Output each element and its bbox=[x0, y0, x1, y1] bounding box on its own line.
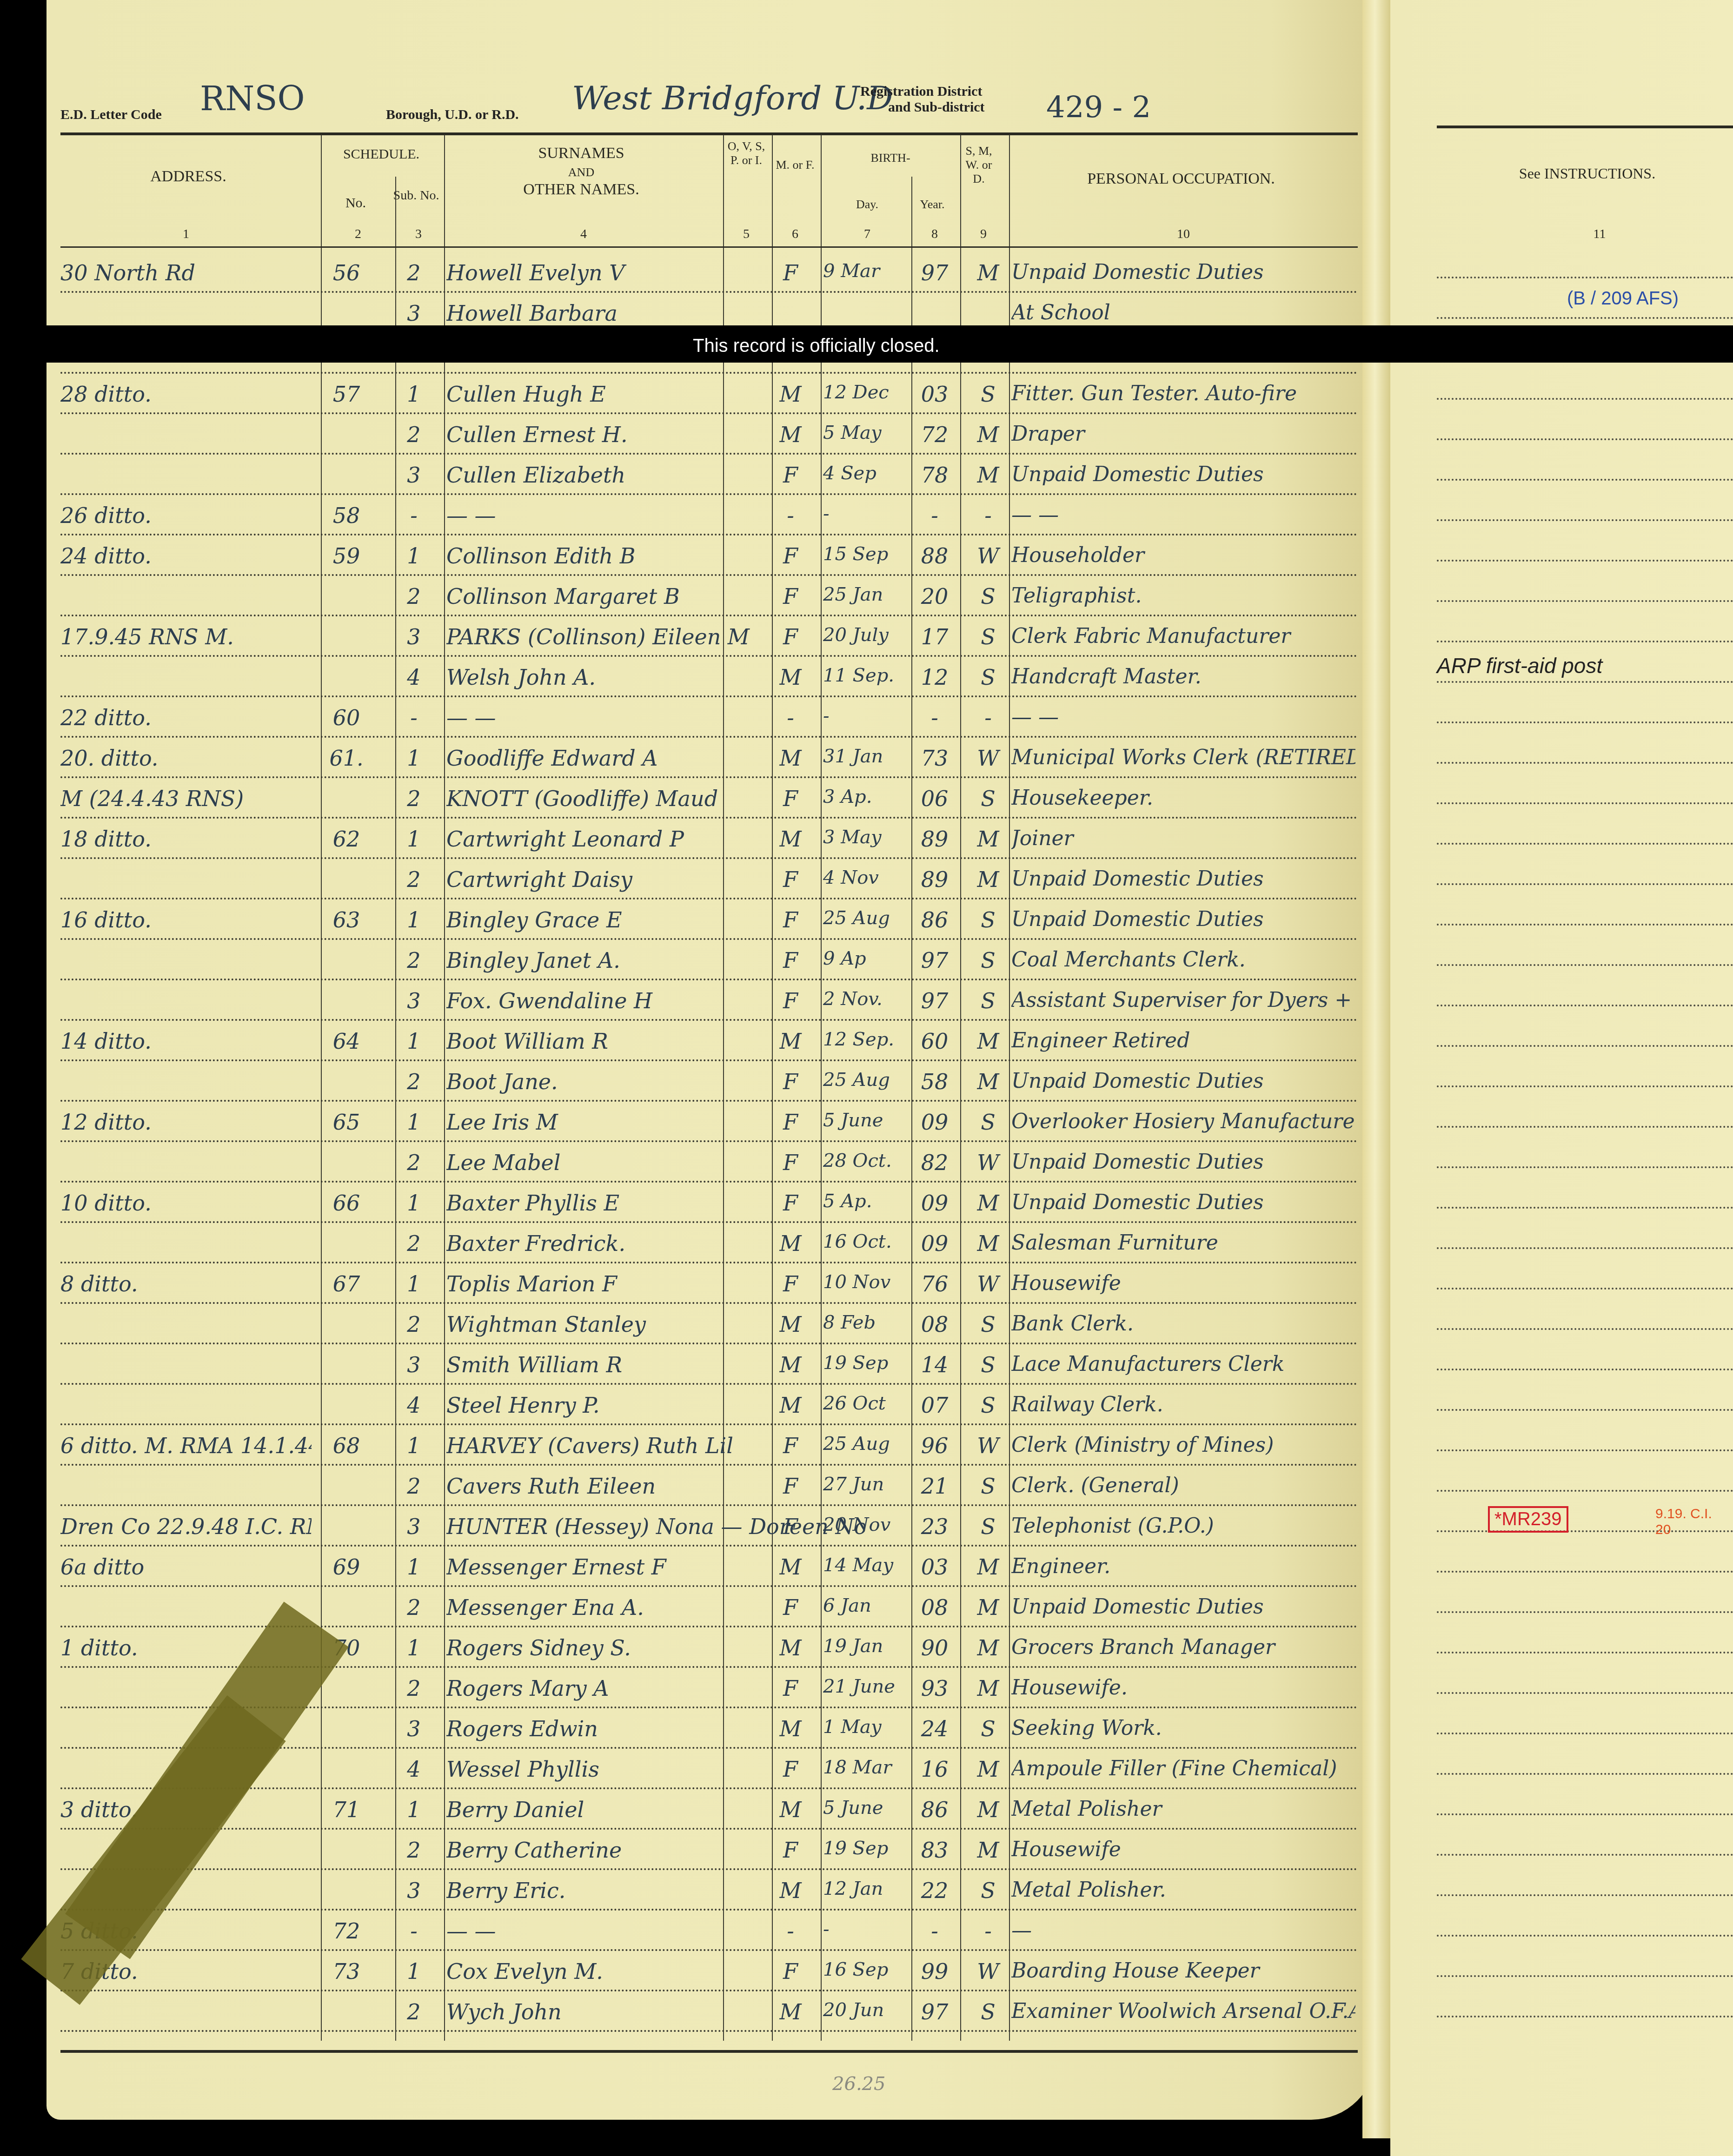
right-page-rule bbox=[1437, 1611, 1733, 1613]
cell-sub: 3 bbox=[398, 1878, 430, 1903]
cell-sub: - bbox=[398, 1918, 430, 1944]
row-rule bbox=[60, 1343, 1358, 1344]
cell-year: 16 bbox=[911, 1757, 958, 1782]
footer-note: 26.25 bbox=[832, 2073, 886, 2095]
ed-letter-code-value: RNSO bbox=[200, 79, 305, 118]
cell-day: 5 June bbox=[823, 1110, 907, 1131]
cell-day: - bbox=[823, 705, 907, 727]
cell-day: 25 Aug bbox=[823, 1433, 907, 1455]
right-page-rule bbox=[1437, 1328, 1733, 1330]
cell-day: - bbox=[823, 1918, 907, 1940]
table-row: 3Smith William RM19 Sep14SLace Manufactu… bbox=[60, 1348, 1358, 1386]
cell-mf: F bbox=[777, 260, 804, 285]
cell-mf: F bbox=[777, 1676, 804, 1701]
cell-occupation: Lace Manufacturers Clerk bbox=[1011, 1352, 1355, 1376]
cell-sub: 3 bbox=[398, 1716, 430, 1741]
row-rule bbox=[60, 574, 1358, 576]
cell-day: 25 Jan bbox=[823, 584, 907, 605]
table-row: 16 ditto.631Bingley Grace EF25 Aug86SUnp… bbox=[60, 903, 1358, 941]
table-row: 2Cullen Ernest H.M5 May72MDraper bbox=[60, 417, 1358, 456]
right-page-rule bbox=[1437, 641, 1733, 642]
cell-occupation: Householder bbox=[1011, 543, 1355, 567]
right-page-rule bbox=[1437, 277, 1733, 278]
cell-occupation: Unpaid Domestic Duties bbox=[1011, 260, 1355, 284]
col-names-1: SURNAMES bbox=[538, 145, 624, 162]
mr-stamp: *MR239 bbox=[1488, 1506, 1568, 1533]
right-page-rule bbox=[1437, 438, 1733, 440]
cell-occupation: Coal Merchants Clerk. bbox=[1011, 948, 1355, 972]
col-ovsp: O, V, S, P. or I. bbox=[723, 139, 770, 167]
cell-occupation: Unpaid Domestic Duties bbox=[1011, 907, 1355, 931]
cell-address: 28 ditto. bbox=[60, 382, 312, 407]
cell-mf: F bbox=[777, 1069, 804, 1094]
table-row: M (24.4.43 RNS)2KNOTT (Goodliffe) MaudF3… bbox=[60, 781, 1358, 820]
cell-sub: 2 bbox=[398, 1676, 430, 1701]
cell-mf: F bbox=[777, 907, 804, 933]
cell-smwd: W bbox=[963, 1433, 1014, 1458]
cell-schedule: 58 bbox=[321, 503, 372, 528]
cell-day: 20 Nov bbox=[823, 1514, 907, 1535]
afs-annotation: (B / 209 AFS) bbox=[1567, 288, 1679, 309]
right-page-rule bbox=[1437, 479, 1733, 481]
row-rule bbox=[60, 1140, 1358, 1142]
table-row: 3Cullen ElizabethF4 Sep78MUnpaid Domesti… bbox=[60, 458, 1358, 496]
reg-district-value: 429 - 2 bbox=[1046, 91, 1151, 125]
right-page-rule bbox=[1437, 317, 1733, 319]
cell-smwd: - bbox=[963, 705, 1014, 730]
table-row: 4Welsh John A.M11 Sep.12SHandcraft Maste… bbox=[60, 660, 1358, 698]
cell-occupation: Telephonist (G.P.O.) bbox=[1011, 1514, 1355, 1538]
cell-smwd: S bbox=[963, 665, 1014, 690]
cell-occupation: Clerk Fabric Manufacturer bbox=[1011, 624, 1355, 648]
cell-year: 86 bbox=[911, 1797, 958, 1822]
cell-mf: M bbox=[777, 1231, 804, 1256]
row-rule bbox=[60, 291, 1358, 293]
cell-sub: 2 bbox=[398, 1312, 430, 1337]
row-rule bbox=[60, 1787, 1358, 1789]
cell-schedule: 59 bbox=[321, 543, 372, 569]
row-rule bbox=[60, 1181, 1358, 1183]
cell-year: 90 bbox=[911, 1635, 958, 1660]
cell-day: 2 Nov. bbox=[823, 988, 907, 1010]
borough-value: West Bridgford U.D bbox=[572, 79, 893, 117]
cell-address: 14 ditto. bbox=[60, 1029, 312, 1054]
cell-address: 12 ditto. bbox=[60, 1110, 312, 1135]
cell-smwd: W bbox=[963, 746, 1014, 771]
cell-mf: F bbox=[777, 867, 804, 892]
cell-sub: 2 bbox=[398, 1595, 430, 1620]
cell-mf: F bbox=[777, 1150, 804, 1175]
cell-day: 19 Jan bbox=[823, 1635, 907, 1657]
cell-sub: 2 bbox=[398, 1231, 430, 1256]
right-page-rule bbox=[1437, 1045, 1733, 1047]
cell-sub: 2 bbox=[398, 1474, 430, 1499]
column-number: 8 bbox=[921, 227, 949, 242]
cell-day: 12 Sep. bbox=[823, 1029, 907, 1050]
cell-year: 83 bbox=[911, 1838, 958, 1863]
cell-schedule: 67 bbox=[321, 1271, 372, 1296]
cell-year: 23 bbox=[911, 1514, 958, 1539]
right-page-rule bbox=[1437, 560, 1733, 562]
table-row: 2Cartwright DaisyF4 Nov89MUnpaid Domesti… bbox=[60, 862, 1358, 900]
cell-mf: M bbox=[777, 1393, 804, 1418]
col-number-rule bbox=[60, 246, 1358, 248]
cell-sub: 3 bbox=[398, 624, 430, 649]
col-birth-day: Day. bbox=[828, 198, 907, 212]
cell-smwd: M bbox=[963, 1797, 1014, 1822]
cell-address: 6 ditto. M. RMA 14.1.44 bbox=[60, 1433, 312, 1458]
right-page-rule bbox=[1437, 1692, 1733, 1694]
row-rule bbox=[60, 1828, 1358, 1830]
cell-smwd: S bbox=[963, 382, 1014, 407]
cell-schedule: 71 bbox=[321, 1797, 372, 1822]
cell-address: M (24.4.43 RNS) bbox=[60, 786, 312, 811]
right-page-rule bbox=[1437, 1166, 1733, 1168]
cell-sub: 1 bbox=[398, 1110, 430, 1135]
cell-occupation: Housekeeper. bbox=[1011, 786, 1355, 810]
right-page-rule bbox=[1437, 883, 1733, 885]
cell-occupation: Engineer. bbox=[1011, 1554, 1355, 1578]
table-row: 2Boot Jane.F25 Aug58MUnpaid Domestic Dut… bbox=[60, 1065, 1358, 1103]
cell-sub: 2 bbox=[398, 786, 430, 811]
cell-mf: F bbox=[777, 988, 804, 1013]
right-page-rule bbox=[1437, 1126, 1733, 1128]
cell-sub: 1 bbox=[398, 1433, 430, 1458]
cell-day: 15 Sep bbox=[823, 543, 907, 565]
right-page-rule bbox=[1437, 519, 1733, 521]
cell-occupation: Unpaid Domestic Duties bbox=[1011, 1595, 1355, 1619]
right-page-rule bbox=[1437, 1854, 1733, 1856]
cell-occupation: Boarding House Keeper bbox=[1011, 1959, 1355, 1983]
cell-sub: 1 bbox=[398, 543, 430, 569]
cell-year: 09 bbox=[911, 1190, 958, 1216]
cell-day: 10 Nov bbox=[823, 1271, 907, 1293]
cell-day: 19 Sep bbox=[823, 1352, 907, 1374]
row-rule bbox=[60, 817, 1358, 819]
column-number: 9 bbox=[969, 227, 997, 242]
cell-year: 82 bbox=[911, 1150, 958, 1175]
column-number: 2 bbox=[344, 227, 372, 242]
row-rule bbox=[60, 1585, 1358, 1587]
cell-address: 6a ditto bbox=[60, 1554, 312, 1580]
cell-smwd: S bbox=[963, 786, 1014, 811]
cell-schedule: 56 bbox=[321, 260, 372, 285]
table-row: 2Berry CatherineF19 Sep83MHousewife bbox=[60, 1833, 1358, 1871]
cell-year: 73 bbox=[911, 746, 958, 771]
right-page-rule bbox=[1437, 2016, 1733, 2017]
footer-rule bbox=[60, 2050, 1358, 2053]
cell-year: 06 bbox=[911, 786, 958, 811]
row-rule bbox=[60, 1990, 1358, 1991]
right-page-rule bbox=[1437, 398, 1733, 400]
table-row: 18 ditto.621Cartwright Leonard PM3 May89… bbox=[60, 822, 1358, 860]
cell-day: 9 Mar bbox=[823, 260, 907, 282]
right-page-rule bbox=[1437, 1369, 1733, 1370]
cell-mf: F bbox=[777, 584, 804, 609]
cell-year: 58 bbox=[911, 1069, 958, 1094]
cell-occupation: Unpaid Domestic Duties bbox=[1011, 1150, 1355, 1174]
column-number: 6 bbox=[781, 227, 809, 242]
cell-address: 8 ditto. bbox=[60, 1271, 312, 1296]
cell-occupation: Metal Polisher bbox=[1011, 1797, 1355, 1821]
cell-day: 25 Aug bbox=[823, 1069, 907, 1091]
table-row: 2Messenger Ena A.F6 Jan08MUnpaid Domesti… bbox=[60, 1590, 1358, 1628]
cell-day: 4 Sep bbox=[823, 463, 907, 484]
cell-sub: 3 bbox=[398, 1514, 430, 1539]
right-page-rule bbox=[1437, 1571, 1733, 1573]
cell-smwd: S bbox=[963, 1393, 1014, 1418]
cell-occupation: Unpaid Domestic Duties bbox=[1011, 1069, 1355, 1093]
cell-sub: 2 bbox=[398, 1838, 430, 1863]
cell-day: 11 Sep. bbox=[823, 665, 907, 686]
cell-smwd: W bbox=[963, 543, 1014, 569]
cell-mf: F bbox=[777, 1190, 804, 1216]
cell-smwd: M bbox=[963, 867, 1014, 892]
cell-smwd: M bbox=[963, 1554, 1014, 1580]
cell-day: 5 June bbox=[823, 1797, 907, 1819]
right-page-rule bbox=[1437, 600, 1733, 602]
cell-sub: - bbox=[398, 503, 430, 528]
cell-mf: F bbox=[777, 1959, 804, 1984]
cell-day: 31 Jan bbox=[823, 746, 907, 767]
cell-mf: M bbox=[777, 746, 804, 771]
cell-year: 08 bbox=[911, 1595, 958, 1620]
cell-occupation: Fitter. Gun Tester. Auto-fire bbox=[1011, 382, 1355, 405]
cell-mf: F bbox=[777, 1271, 804, 1296]
cell-smwd: M bbox=[963, 1838, 1014, 1863]
row-rule bbox=[60, 1019, 1358, 1021]
cell-occupation: Examiner Woolwich Arsenal O.F.A. bbox=[1011, 1999, 1355, 2023]
cell-day: 12 Dec bbox=[823, 382, 907, 403]
cell-sub: 1 bbox=[398, 1959, 430, 1984]
cell-smwd: M bbox=[963, 1029, 1014, 1054]
right-page-rule bbox=[1437, 1935, 1733, 1937]
cell-sub: 4 bbox=[398, 1757, 430, 1782]
row-rule bbox=[60, 1221, 1358, 1223]
row-rule bbox=[60, 776, 1358, 778]
cell-schedule: 72 bbox=[321, 1918, 372, 1944]
cell-mf: F bbox=[777, 1474, 804, 1499]
table-row: 20. ditto.61.1Goodliffe Edward AM31 Jan7… bbox=[60, 741, 1358, 779]
column-number: 7 bbox=[853, 227, 881, 242]
cell-year: 97 bbox=[911, 948, 958, 973]
cell-smwd: S bbox=[963, 1878, 1014, 1903]
cell-mf: F bbox=[777, 463, 804, 488]
cell-sub: 2 bbox=[398, 1999, 430, 2024]
col-names: SURNAMESANDOTHER NAMES. bbox=[446, 144, 716, 198]
reg-district-label-2: and Sub-district bbox=[860, 99, 985, 115]
row-rule bbox=[60, 736, 1358, 738]
right-page-rule bbox=[1437, 1894, 1733, 1896]
right-page-rule bbox=[1437, 1207, 1733, 1209]
ci-annotation: 9.19. C.I. 20 bbox=[1655, 1506, 1730, 1538]
right-page-rule bbox=[1437, 762, 1733, 764]
cell-occupation: Teligraphist. bbox=[1011, 584, 1355, 608]
row-rule bbox=[60, 1909, 1358, 1911]
right-page-rule bbox=[1437, 1490, 1733, 1492]
cell-sub: 1 bbox=[398, 746, 430, 771]
cell-day: 8 Feb bbox=[823, 1312, 907, 1333]
cell-mf: - bbox=[777, 503, 804, 528]
cell-mf: - bbox=[777, 705, 804, 730]
cell-sub: 3 bbox=[398, 301, 430, 326]
cell-address: 24 ditto. bbox=[60, 543, 312, 569]
cell-mf: F bbox=[777, 1838, 804, 1863]
table-row: 22 ditto.60-— —----— — bbox=[60, 701, 1358, 739]
table-row: 6a ditto691Messenger Ernest FM14 May03ME… bbox=[60, 1550, 1358, 1588]
cell-smwd: W bbox=[963, 1150, 1014, 1175]
col-schedule-sub: Sub. No. bbox=[393, 188, 439, 203]
cell-occupation: At School bbox=[1011, 301, 1355, 324]
cell-day: 28 Oct. bbox=[823, 1150, 907, 1171]
cell-smwd: M bbox=[963, 1757, 1014, 1782]
cell-sub: 1 bbox=[398, 1029, 430, 1054]
table-row: 2Collinson Margaret BF25 Jan20STeligraph… bbox=[60, 579, 1358, 617]
cell-smwd: M bbox=[963, 1595, 1014, 1620]
cell-occupation: — — bbox=[1011, 705, 1355, 729]
right-page-rule bbox=[1437, 802, 1733, 804]
cell-schedule: 60 bbox=[321, 705, 372, 730]
table-row: 2Baxter Fredrick.M16 Oct.09MSalesman Fur… bbox=[60, 1226, 1358, 1264]
row-rule bbox=[60, 372, 1358, 374]
table-row: 2Cavers Ruth EileenF27 Jun21SClerk. (Gen… bbox=[60, 1469, 1358, 1507]
cell-occupation: Salesman Furniture bbox=[1011, 1231, 1355, 1255]
cell-mf: F bbox=[777, 1595, 804, 1620]
right-page-rule bbox=[1437, 1813, 1733, 1815]
cell-smwd: M bbox=[963, 1676, 1014, 1701]
cell-occupation: Clerk (Ministry of Mines) bbox=[1011, 1433, 1355, 1457]
cell-sub: 2 bbox=[398, 948, 430, 973]
table-row: 17.9.45 RNS M.3PARKS (Collinson) Eileen … bbox=[60, 620, 1358, 658]
table-row: 3Fox. Gwendaline HF2 Nov.97SAssistant Su… bbox=[60, 984, 1358, 1022]
cell-smwd: M bbox=[963, 1190, 1014, 1216]
right-page-rule bbox=[1437, 1652, 1733, 1653]
row-rule bbox=[60, 493, 1358, 495]
cell-year: 97 bbox=[911, 260, 958, 285]
cell-year: 17 bbox=[911, 624, 958, 649]
cell-year: 76 bbox=[911, 1271, 958, 1296]
column-number: 11 bbox=[1586, 227, 1613, 242]
cell-sub: 1 bbox=[398, 1797, 430, 1822]
cell-day: 12 Jan bbox=[823, 1878, 907, 1899]
table-row: 10 ditto.661Baxter Phyllis EF5 Ap.09MUnp… bbox=[60, 1186, 1358, 1224]
cell-day: 14 May bbox=[823, 1554, 907, 1576]
row-rule bbox=[60, 1868, 1358, 1870]
cell-day: 21 June bbox=[823, 1676, 907, 1697]
col-smwd: S, M, W. or D. bbox=[960, 144, 997, 186]
cell-occupation: Grocers Branch Manager bbox=[1011, 1635, 1355, 1659]
col-schedule: SCHEDULE. bbox=[321, 146, 442, 163]
col-mf: M. or F. bbox=[772, 158, 818, 172]
cell-occupation: Joiner bbox=[1011, 827, 1355, 850]
cell-occupation: Housewife bbox=[1011, 1838, 1355, 1861]
cell-smwd: S bbox=[963, 584, 1014, 609]
cell-day: 19 Sep bbox=[823, 1838, 907, 1859]
cell-occupation: Engineer Retired bbox=[1011, 1029, 1355, 1052]
header-rule bbox=[60, 132, 1358, 135]
row-rule bbox=[60, 857, 1358, 859]
cell-smwd: S bbox=[963, 948, 1014, 973]
cell-day: 9 Ap bbox=[823, 948, 907, 969]
cell-day: 18 Mar bbox=[823, 1757, 907, 1778]
cell-year: 21 bbox=[911, 1474, 958, 1499]
cell-mf: F bbox=[777, 1433, 804, 1458]
table-row: 7 ditto.731Cox Evelyn M.F16 Sep99WBoardi… bbox=[60, 1954, 1358, 1992]
cell-smwd: S bbox=[963, 988, 1014, 1013]
cell-sub: 2 bbox=[398, 1069, 430, 1094]
cell-sub: 1 bbox=[398, 382, 430, 407]
cell-year: 09 bbox=[911, 1231, 958, 1256]
cell-mf: F bbox=[777, 1514, 804, 1539]
cell-mf: F bbox=[777, 624, 804, 649]
cell-mf: M bbox=[777, 1635, 804, 1660]
table-row: 2Wightman StanleyM8 Feb08SBank Clerk. bbox=[60, 1307, 1358, 1345]
cell-address: 22 ditto. bbox=[60, 705, 312, 730]
cell-sub: 2 bbox=[398, 584, 430, 609]
row-rule bbox=[60, 979, 1358, 980]
cell-sub: 2 bbox=[398, 260, 430, 285]
cell-mf: M bbox=[777, 382, 804, 407]
cell-occupation: Bank Clerk. bbox=[1011, 1312, 1355, 1336]
right-page-rule bbox=[1437, 924, 1733, 926]
cell-smwd: M bbox=[963, 463, 1014, 488]
cell-day: 27 Jun bbox=[823, 1474, 907, 1495]
right-page-rule bbox=[1437, 1733, 1733, 1734]
table-row: 2Lee MabelF28 Oct.82WUnpaid Domestic Dut… bbox=[60, 1145, 1358, 1184]
cell-smwd: M bbox=[963, 827, 1014, 852]
cell-year: 12 bbox=[911, 665, 958, 690]
cell-year: 89 bbox=[911, 827, 958, 852]
cell-day: - bbox=[823, 503, 907, 524]
cell-occupation: Metal Polisher. bbox=[1011, 1878, 1355, 1902]
cell-occupation: Ampoule Filler (Fine Chemical) bbox=[1011, 1757, 1355, 1780]
cell-occupation: Railway Clerk. bbox=[1011, 1393, 1355, 1416]
cell-year: 97 bbox=[911, 988, 958, 1013]
cell-sub: 1 bbox=[398, 1635, 430, 1660]
cell-mf: F bbox=[777, 786, 804, 811]
cell-day: 16 Oct. bbox=[823, 1231, 907, 1252]
cell-mf: M bbox=[777, 1999, 804, 2024]
cell-day: 1 May bbox=[823, 1716, 907, 1738]
cell-mf: M bbox=[777, 1029, 804, 1054]
redaction-notice: This record is officially closed. bbox=[693, 336, 940, 357]
column-number: 1 bbox=[172, 227, 200, 242]
table-row: 4Steel Henry P.M26 Oct07SRailway Clerk. bbox=[60, 1388, 1358, 1426]
cell-address: 18 ditto. bbox=[60, 827, 312, 852]
cell-mf: M bbox=[777, 1352, 804, 1377]
row-rule bbox=[60, 1504, 1358, 1506]
row-rule bbox=[60, 655, 1358, 657]
cell-day: 25 Aug bbox=[823, 907, 907, 929]
table-row: 30 North Rd562Howell Evelyn VF9 Mar97MUn… bbox=[60, 256, 1358, 294]
cell-mf: F bbox=[777, 543, 804, 569]
cell-day: 20 July bbox=[823, 624, 907, 646]
cell-sub: 1 bbox=[398, 827, 430, 852]
row-rule bbox=[60, 1302, 1358, 1304]
table-row: 2Wych JohnM20 Jun97SExaminer Woolwich Ar… bbox=[60, 1995, 1358, 2033]
cell-mf: - bbox=[777, 1918, 804, 1944]
row-rule bbox=[60, 1464, 1358, 1466]
cell-occupation: Municipal Works Clerk (RETIRED) bbox=[1011, 746, 1355, 769]
cell-year: 93 bbox=[911, 1676, 958, 1701]
cell-schedule: 65 bbox=[321, 1110, 372, 1135]
right-page-rule bbox=[1437, 1247, 1733, 1249]
row-rule bbox=[60, 1059, 1358, 1061]
row-rule bbox=[60, 1545, 1358, 1547]
right-page-rule bbox=[1437, 1449, 1733, 1451]
table-row: Dren Co 22.9.48 I.C. RMA M3HUNTER (Hesse… bbox=[60, 1509, 1358, 1548]
col-names-3: OTHER NAMES. bbox=[523, 181, 639, 198]
